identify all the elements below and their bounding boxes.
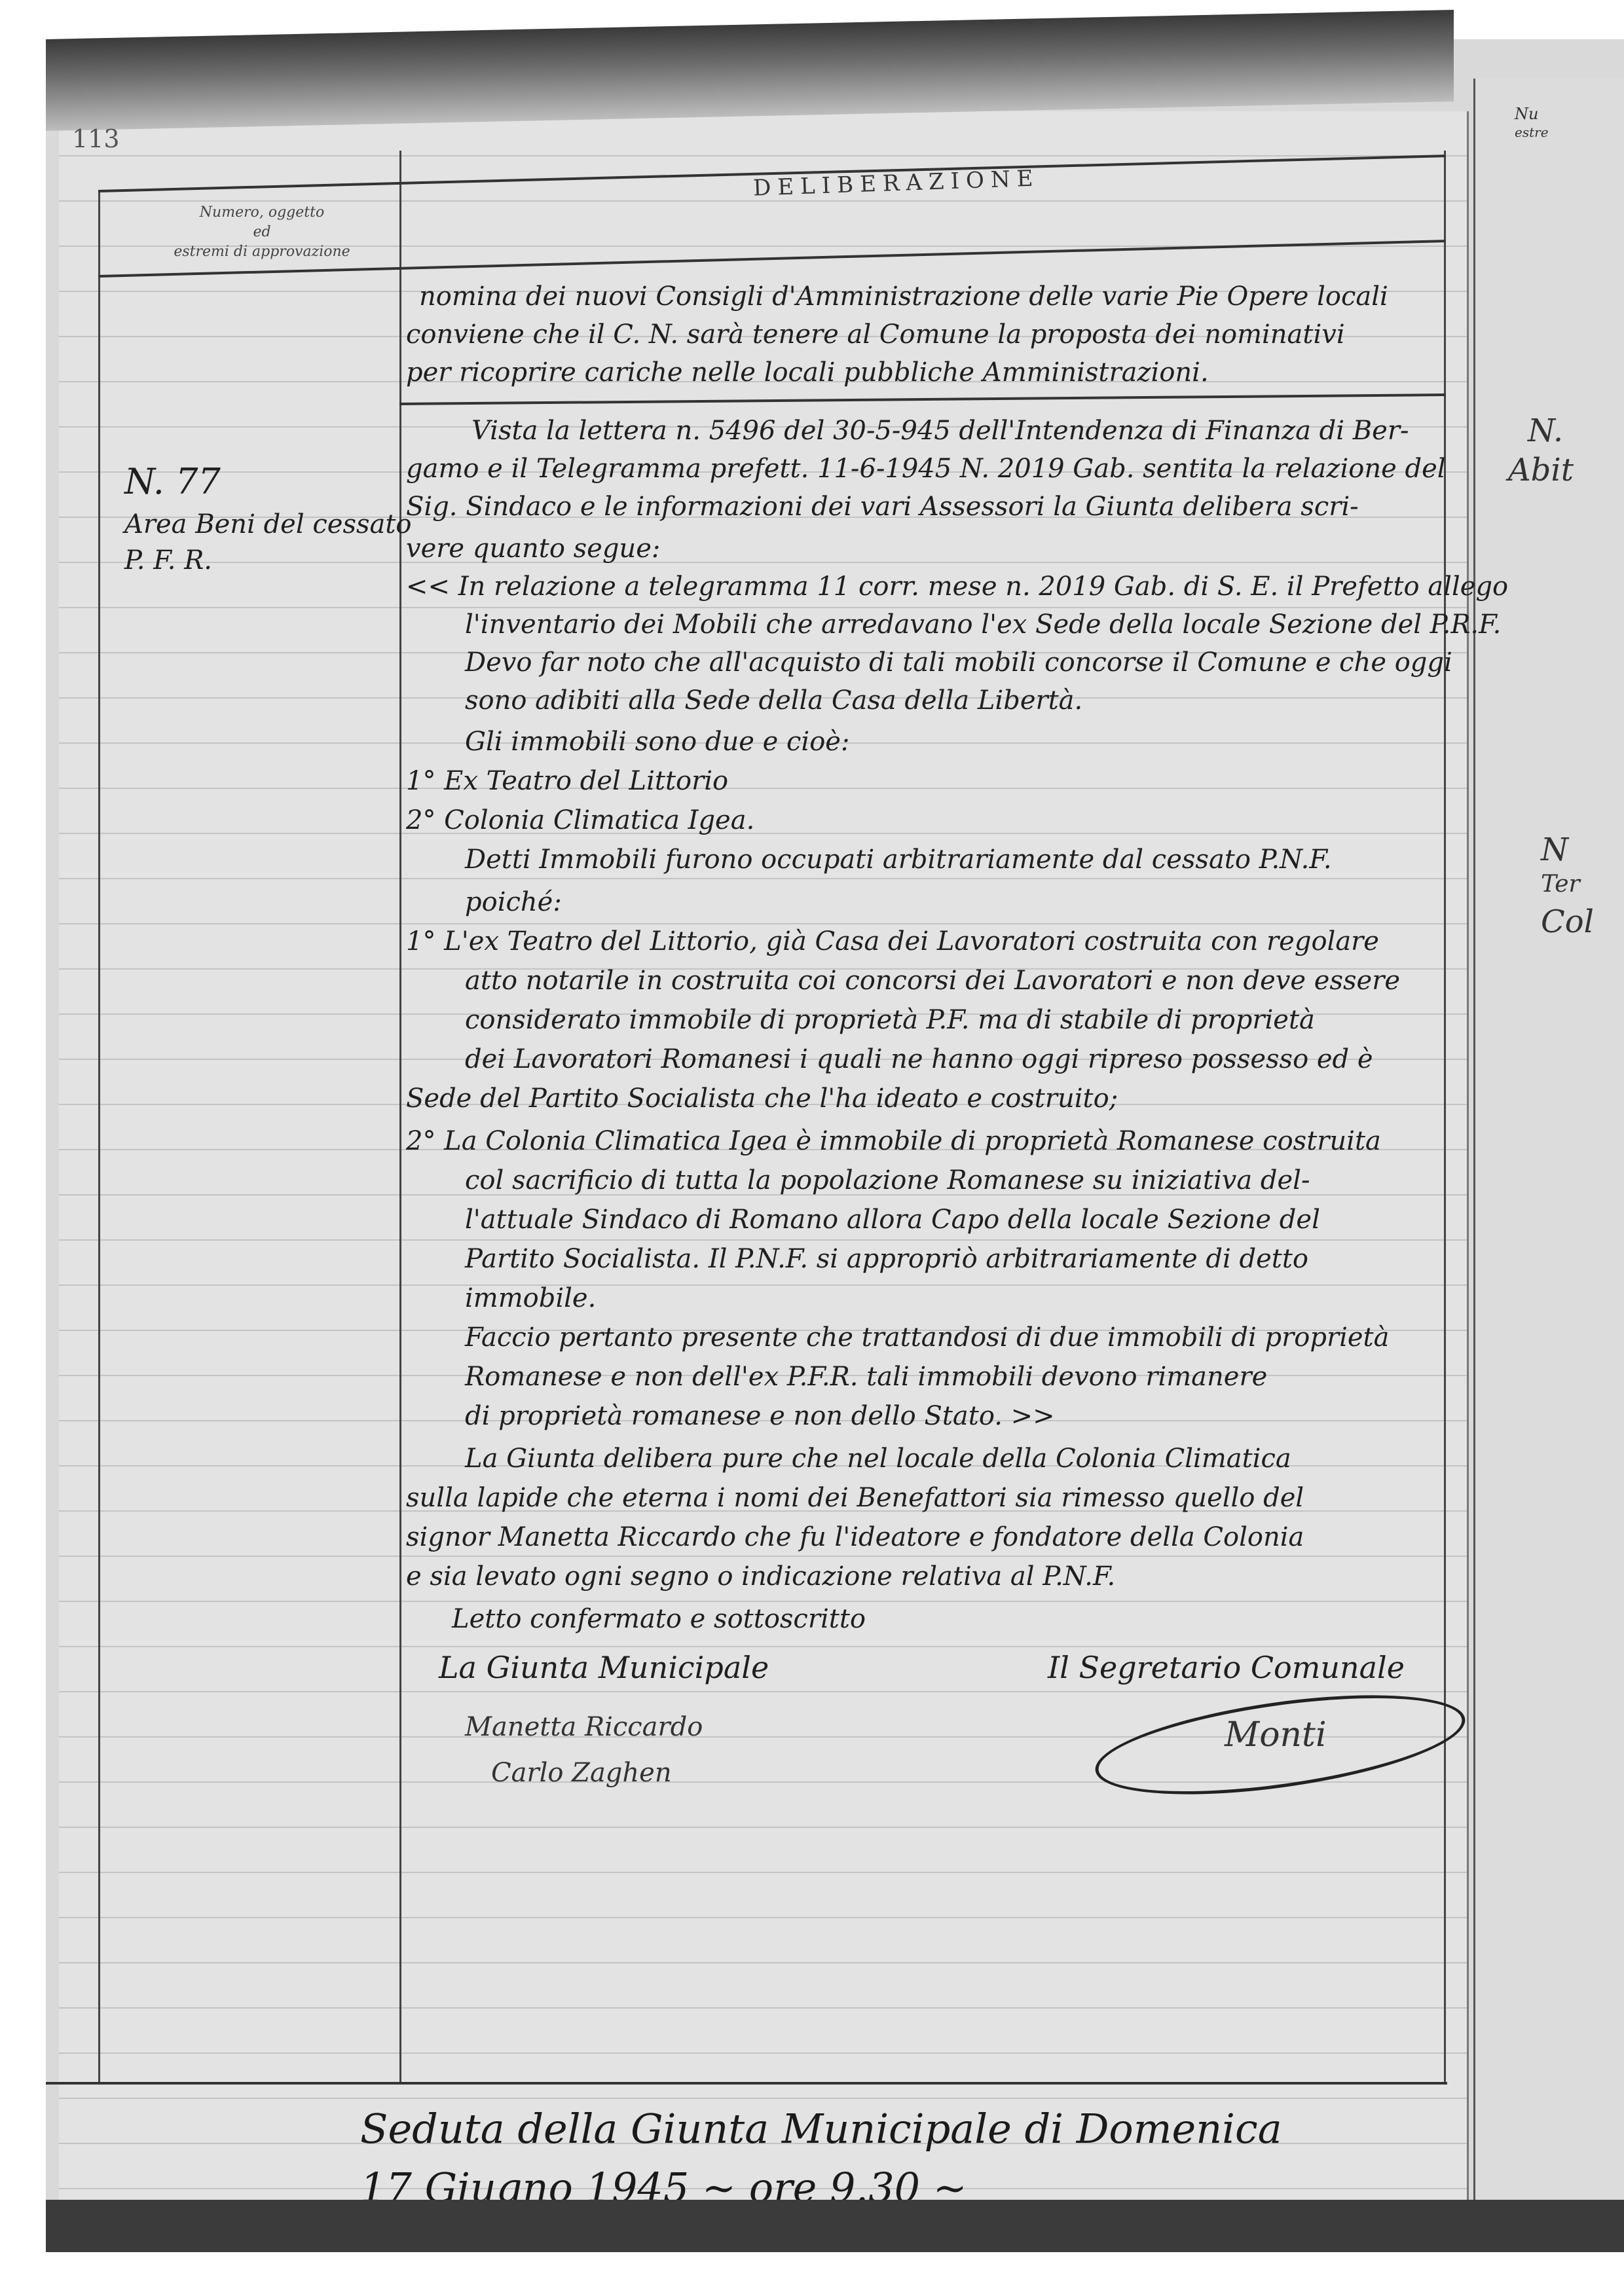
body-line: Romanese e non dell'ex P.F.R. tali immob…	[465, 1362, 1267, 1392]
signature-label-giunta: La Giunta Municipale	[439, 1650, 769, 1685]
header-label-line-2: ed	[138, 223, 386, 242]
entry-subject-line-1: Area Beni del cessato	[124, 507, 412, 541]
previous-entry-line: conviene che il C. N. sarà tenere al Com…	[406, 319, 1345, 350]
body-line: sono adibiti alla Sede della Casa della …	[465, 685, 1082, 716]
deliberation-table: Numero, oggetto ed estremi di approvazio…	[98, 151, 1447, 2167]
body-line: La Giunta delibera pure che nel locale d…	[465, 1444, 1291, 1474]
facing-page-entry-subject-2: Ter	[1541, 871, 1580, 898]
closing-formula: Letto confermato e sottoscritto	[452, 1604, 866, 1634]
body-line: Sede del Partito Socialista che l'ha ide…	[406, 1084, 1118, 1114]
body-line: Detti Immobili furono occupati arbitrari…	[465, 845, 1332, 875]
body-line: << In relazione a telegramma 11 corr. me…	[406, 572, 1508, 602]
facing-page: Nu estre N. Abit N Ter Col	[1473, 79, 1624, 2206]
entry-number: N. 77	[124, 465, 221, 499]
next-session-heading: Seduta della Giunta Municipale di Domeni…	[360, 2105, 1282, 2153]
body-line: Faccio pertanto presente che trattandosi…	[465, 1322, 1389, 1353]
body-line: atto notarile in costruita coi concorsi …	[465, 966, 1400, 996]
scan-bottom-edge	[46, 2200, 1624, 2252]
body-line: e sia levato ogni segno o indicazione re…	[406, 1561, 1115, 1592]
body-line: gamo e il Telegramma prefett. 11-6-1945 …	[406, 454, 1446, 484]
entry-subject-line-2: P. F. R.	[124, 543, 212, 577]
previous-entry-line: nomina dei nuovi Consigli d'Amministrazi…	[419, 282, 1388, 312]
facing-page-header-2: estre	[1515, 124, 1549, 140]
facing-page-header: Nu	[1515, 105, 1538, 123]
body-line: l'attuale Sindaco di Romano allora Capo …	[465, 1205, 1320, 1235]
header-label-line-3: estremi di approvazione	[138, 242, 386, 262]
column-header-number: Numero, oggetto ed estremi di approvazio…	[138, 203, 386, 262]
entry-separator	[399, 393, 1446, 405]
body-line: 1° Ex Teatro del Littorio	[406, 766, 728, 796]
body-line: col sacrificio di tutta la popolazione R…	[465, 1165, 1310, 1195]
table-right-border	[1444, 151, 1446, 2082]
body-line: Gli immobili sono due e cioè:	[465, 727, 849, 757]
facing-page-entry-number: N.	[1528, 412, 1563, 449]
column-divider	[399, 151, 401, 2082]
body-line: vere quanto segue:	[406, 534, 660, 564]
body-line: di proprietà romanese e non dello Stato.…	[465, 1401, 1055, 1431]
facing-page-entry-number-2: N	[1541, 831, 1568, 868]
header-label-line-1: Numero, oggetto	[138, 203, 386, 223]
body-line: 2° Colonia Climatica Igea.	[406, 805, 754, 835]
signature-giunta-2: Carlo Zaghen	[491, 1758, 672, 1788]
body-line: poiché:	[465, 887, 562, 917]
session-separator	[46, 2082, 1447, 2085]
signature-giunta-1: Manetta Riccardo	[465, 1712, 703, 1742]
body-line: sulla lapide che eterna i nomi dei Benef…	[406, 1483, 1304, 1513]
facing-page-entry-subject: Abit	[1508, 452, 1574, 488]
signature-segretario: Monti	[1225, 1715, 1327, 1755]
body-line: dei Lavoratori Romanesi i quali ne hanno…	[465, 1044, 1373, 1074]
body-line: Vista la lettera n. 5496 del 30-5-945 de…	[471, 416, 1409, 446]
column-header-title: DELIBERAZIONE	[752, 165, 1040, 201]
body-line: considerato immobile di proprietà P.F. m…	[465, 1005, 1315, 1035]
body-line: l'inventario dei Mobili che arredavano l…	[465, 610, 1501, 640]
facing-page-entry-subject-3: Col	[1541, 903, 1594, 940]
body-line: immobile.	[465, 1283, 596, 1313]
table-left-border	[98, 190, 100, 2082]
previous-entry-line: per ricoprire cariche nelle locali pubbl…	[406, 357, 1209, 388]
body-line: signor Manetta Riccardo che fu l'ideator…	[406, 1522, 1304, 1552]
body-line: 1° L'ex Teatro del Littorio, già Casa de…	[406, 926, 1379, 957]
body-line: Sig. Sindaco e le informazioni dei vari …	[406, 492, 1359, 522]
body-line: 2° La Colonia Climatica Igea è immobile …	[406, 1126, 1381, 1156]
body-line: Partito Socialista. Il P.N.F. si appropr…	[465, 1244, 1308, 1274]
body-line: Devo far noto che all'acquisto di tali m…	[465, 647, 1452, 678]
signature-label-segretario: Il Segretario Comunale	[1048, 1650, 1405, 1685]
page-number: 113	[72, 124, 120, 153]
